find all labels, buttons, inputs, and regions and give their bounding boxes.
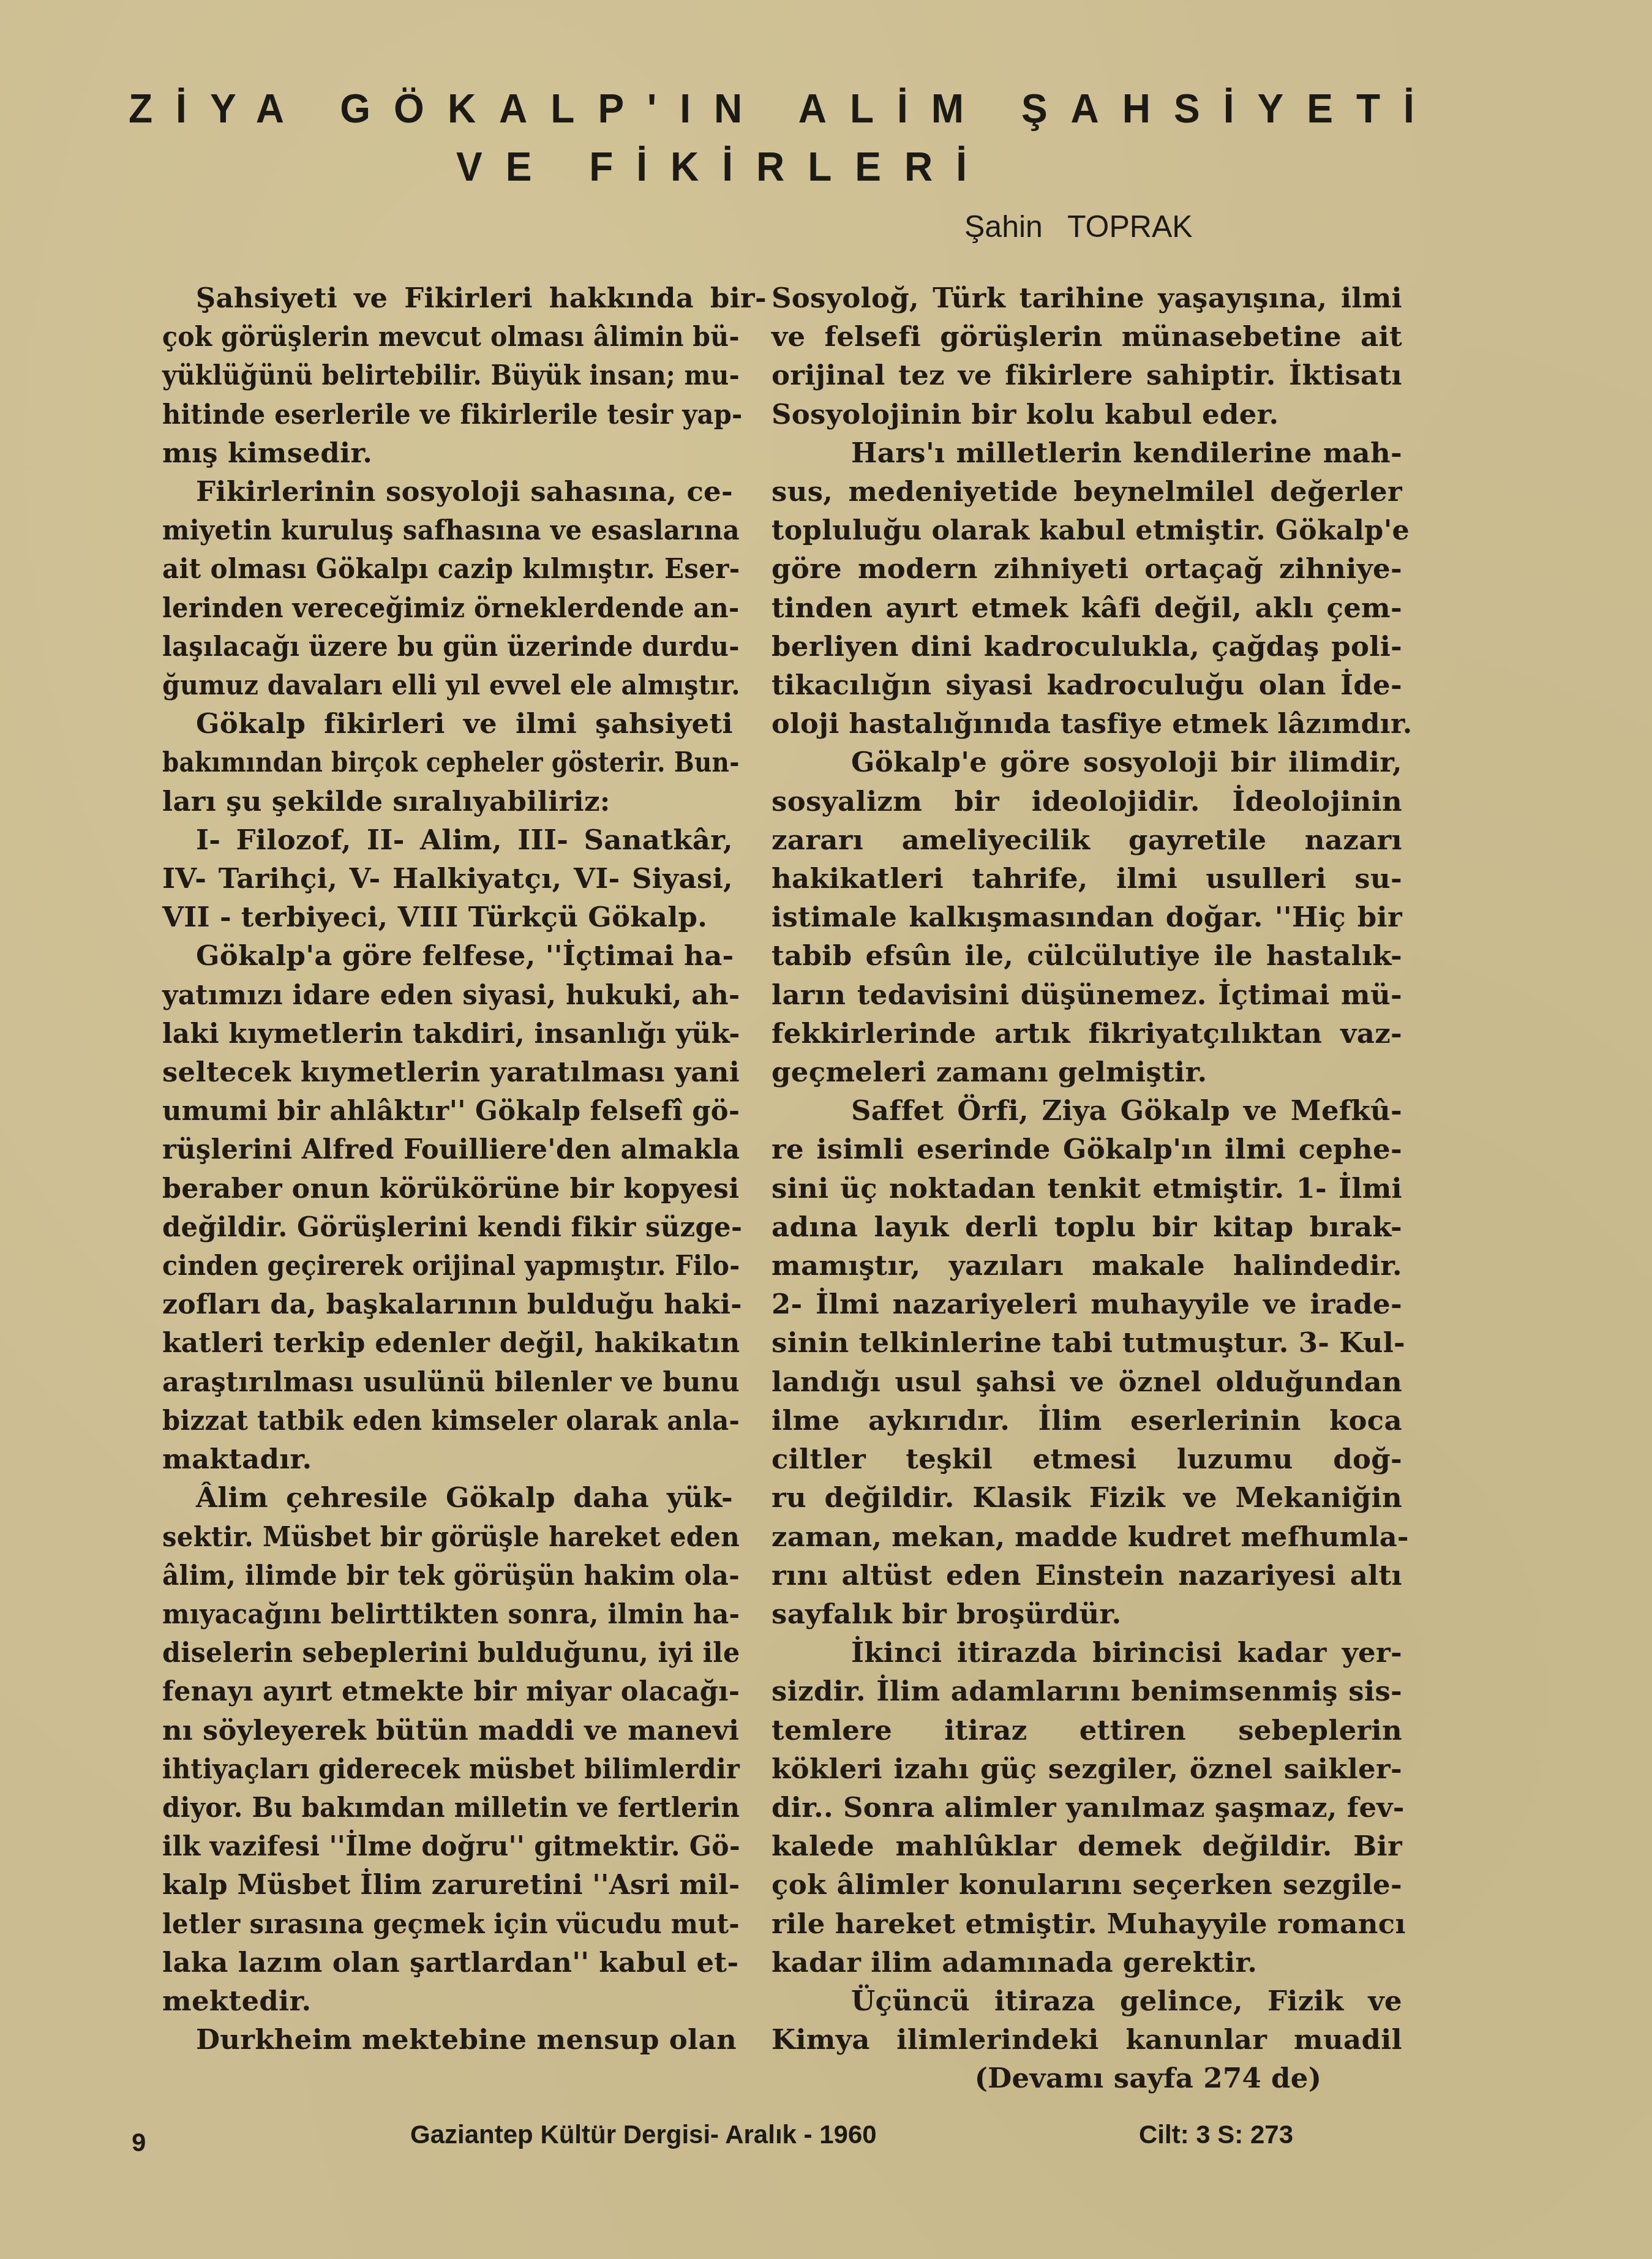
- text-line: araştırılması usulünü bilenler ve bunu: [162, 1363, 733, 1401]
- text-line: tikacılığın siyasi kadroculuğu olan İde-: [772, 666, 1402, 704]
- text-line: adına layık derli toplu bir kitap bırak-: [772, 1208, 1402, 1246]
- right-text-column: Sosyoloğ, Türk tarihine yaşayışına, ilmi…: [772, 279, 1402, 2098]
- text-line: ların tedavisini düşünemez. İçtimai mü-: [772, 975, 1402, 1014]
- text-line: hitinde eserlerile ve fikirlerile tesir …: [162, 395, 733, 434]
- text-line: mamıştır, yazıları makale halindedir.: [772, 1246, 1402, 1285]
- text-line: mıyacağını belirttikten sonra, ilmin ha-: [162, 1595, 733, 1633]
- text-line: fenayı ayırt etmekte bir miyar olacağı-: [162, 1672, 733, 1710]
- magazine-issue: Gaziantep Kültür Dergisi- Aralık - 1960: [410, 2122, 877, 2148]
- left-text-column: Şahsiyeti ve Fikirleri hakkında bir-çok …: [162, 279, 733, 2059]
- text-line: ihtiyaçları giderecek müsbet bilimlerdir: [162, 1750, 733, 1788]
- text-line: mış kimsedir.: [162, 434, 733, 472]
- text-line: re isimli eserinde Gökalp'ın ilmi cephe-: [772, 1130, 1402, 1168]
- text-line: seltecek kıymetlerin yaratılması yani: [162, 1053, 733, 1091]
- text-line: İkinci itirazda birincisi kadar yer-: [772, 1633, 1402, 1672]
- text-line: katleri terkip edenler değil, hakikatın: [162, 1323, 733, 1362]
- text-line: sizdir. İlim adamlarını benimsenmiş sis-: [772, 1672, 1402, 1710]
- text-line: istimale kalkışmasından doğar. ''Hiç bir: [772, 898, 1402, 936]
- text-line: Saffet Örfi, Ziya Gökalp ve Mefkû-: [772, 1091, 1402, 1130]
- text-line: IV- Tarihçi, V- Halkiyatçı, VI- Siyasi,: [162, 859, 733, 898]
- text-line: topluluğu olarak kabul etmiştir. Gökalp'…: [772, 511, 1402, 549]
- text-line: çok görüşlerin mevcut olması âlimin bü-: [162, 317, 733, 356]
- text-line: Gökalp'a göre felfese, ''İçtimai ha-: [162, 936, 733, 975]
- text-line: Fikirlerinin sosyoloji sahasına, ce-: [162, 472, 733, 511]
- text-line: maktadır.: [162, 1440, 733, 1478]
- volume-issue: Cilt: 3 S: 273: [1139, 2122, 1293, 2148]
- text-line: 2- İlmi nazariyeleri muhayyile ve irade-: [772, 1285, 1402, 1323]
- author-first-name: Şahin: [964, 209, 1043, 244]
- text-line: orijinal tez ve fikirlere sahiptir. İkti…: [772, 356, 1402, 394]
- text-line: Hars'ı milletlerin kendilerine mah-: [772, 434, 1402, 472]
- text-line: cinden geçirerek orijinal yapmıştır. Fil…: [162, 1246, 733, 1285]
- page-number: 9: [132, 2130, 146, 2156]
- text-line: hakikatleri tahrife, ilmi usulleri su-: [772, 859, 1402, 898]
- text-line: zararı ameliyecilik gayretile nazarı: [772, 821, 1402, 859]
- text-line: ilk vazifesi ''İlme doğru'' gitmektir. G…: [162, 1827, 733, 1865]
- text-line: sus, medeniyetide beynelmilel değerler: [772, 472, 1402, 511]
- text-line: letler sırasına geçmek için vücudu mut-: [162, 1904, 733, 1943]
- text-line: kalp Müsbet İlim zaruretini ''Asri mil-: [162, 1865, 733, 1904]
- text-line: umumi bir ahlâktır'' Gökalp felsefî gö-: [162, 1091, 733, 1130]
- text-line: rını altüst eden Einstein nazariyesi alt…: [772, 1556, 1402, 1595]
- text-line: Üçüncü itiraza gelince, Fizik ve: [772, 1982, 1402, 2020]
- text-line: nı söyleyerek bütün maddi ve manevi: [162, 1711, 733, 1750]
- text-line: çok âlimler konularını seçerken sezgile-: [772, 1865, 1402, 1904]
- text-line: sosyalizm bir ideolojidir. İdeolojinin: [772, 782, 1402, 821]
- text-line: landığı usul şahsi ve öznel olduğundan: [772, 1363, 1402, 1401]
- text-line: diyor. Bu bakımdan milletin ve fertlerin: [162, 1788, 733, 1827]
- text-line: oloji hastalığınıda tasfiye etmek lâzımd…: [772, 704, 1402, 743]
- text-line: I- Filozof, II- Alim, III- Sanatkâr,: [162, 821, 733, 859]
- text-line: ru değildir. Klasik Fizik ve Mekaniğin: [772, 1478, 1402, 1517]
- text-line: âlim, ilimde bir tek görüşün hakim ola-: [162, 1556, 733, 1595]
- text-line: sini üç noktadan tenkit etmiştir. 1- İlm…: [772, 1169, 1402, 1208]
- text-line: bakımından birçok cepheler gösterir. Bun…: [162, 743, 733, 781]
- article-title-line-2: VE FİKİRLERİ: [456, 146, 1652, 187]
- text-line: Sosyoloğ, Türk tarihine yaşayışına, ilmi: [772, 279, 1402, 317]
- text-line: zofları da, başkalarının bulduğu haki-: [162, 1285, 733, 1323]
- text-line: beraber onun körükörüne bir kopyesi: [162, 1169, 733, 1208]
- magazine-page: ZİYA GÖKALP'IN ALİM ŞAHSİYETİ VE FİKİRLE…: [0, 0, 1652, 2259]
- text-line: sektir. Müsbet bir görüşle hareket eden: [162, 1517, 733, 1556]
- author-last-name: TOPRAK: [1067, 209, 1193, 244]
- text-line: VII - terbiyeci, VIII Türkçü Gökalp.: [162, 898, 733, 936]
- text-line: (Devamı sayfa 274 de): [772, 2059, 1402, 2097]
- text-line: fekkirlerinde artık fikriyatçılıktan vaz…: [772, 1014, 1402, 1053]
- text-line: Gökalp'e göre sosyoloji bir ilimdir,: [772, 743, 1402, 781]
- text-line: sayfalık bir broşürdür.: [772, 1595, 1402, 1633]
- text-line: laşılacağı üzere bu gün üzerinde durdu-: [162, 627, 733, 666]
- text-line: kadar ilim adamınada gerektir.: [772, 1943, 1402, 1982]
- text-line: yüklüğünü belirtebilir. Büyük insan; mu-: [162, 356, 733, 394]
- text-line: rüşlerini Alfred Fouilliere'den almakla: [162, 1130, 733, 1168]
- text-line: laki kıymetlerin takdiri, insanlığı yük-: [162, 1014, 733, 1053]
- text-line: ları şu şekilde sıralıyabiliriz:: [162, 782, 733, 821]
- text-line: kalede mahlûklar demek değildir. Bir: [772, 1827, 1402, 1865]
- text-line: ait olması Gökalpı cazip kılmıştır. Eser…: [162, 549, 733, 588]
- text-line: tinden ayırt etmek kâfi değil, aklı çem-: [772, 588, 1402, 627]
- text-line: zaman, mekan, madde kudret mefhumla-: [772, 1517, 1402, 1556]
- text-line: Âlim çehresile Gökalp daha yük-: [162, 1478, 733, 1517]
- text-line: yatımızı idare eden siyasi, hukuki, ah-: [162, 975, 733, 1014]
- text-line: bizzat tatbik eden kimseler olarak anla-: [162, 1401, 733, 1440]
- text-line: ve felsefi görüşlerin münasebetine ait: [772, 317, 1402, 356]
- text-line: kökleri izahı güç sezgiler, öznel saikle…: [772, 1750, 1402, 1788]
- text-line: ciltler teşkil etmesi luzumu doğ-: [772, 1440, 1402, 1478]
- text-line: temlere itiraz ettiren sebeplerin: [772, 1711, 1402, 1750]
- text-line: mektedir.: [162, 1982, 733, 2020]
- text-line: lerinden vereceğimiz örneklerdende an-: [162, 588, 733, 627]
- text-line: Kimya ilimlerindeki kanunlar muadil: [772, 2020, 1402, 2059]
- text-line: ğumuz davaları elli yıl evvel ele almışt…: [162, 666, 733, 704]
- text-line: Gökalp fikirleri ve ilmi şahsiyeti: [162, 704, 733, 743]
- text-line: diselerin sebeplerini bulduğunu, iyi ile: [162, 1633, 733, 1672]
- text-line: geçmeleri zamanı gelmiştir.: [772, 1053, 1402, 1091]
- text-line: berliyen dini kadroculukla, çağdaş poli-: [772, 627, 1402, 666]
- author-byline: ŞahinTOPRAK: [964, 211, 1193, 242]
- text-line: Durkheim mektebine mensup olan: [162, 2020, 733, 2059]
- text-line: Sosyolojinin bir kolu kabul eder.: [772, 395, 1402, 434]
- text-line: rile hareket etmiştir. Muhayyile romancı: [772, 1904, 1402, 1943]
- article-title-line-1: ZİYA GÖKALP'IN ALİM ŞAHSİYETİ: [129, 88, 1652, 129]
- text-line: dir.. Sonra alimler yanılmaz şaşmaz, fev…: [772, 1788, 1402, 1827]
- text-line: laka lazım olan şartlardan'' kabul et-: [162, 1943, 733, 1982]
- text-line: sinin telkinlerine tabi tutmuştur. 3- Ku…: [772, 1323, 1402, 1362]
- text-line: değildir. Görüşlerini kendi fikir süzge-: [162, 1208, 733, 1246]
- text-line: göre modern zihniyeti ortaçağ zihniye-: [772, 549, 1402, 588]
- text-line: miyetin kuruluş safhasına ve esaslarına: [162, 511, 733, 549]
- text-line: ilme aykırıdır. İlim eserlerinin koca: [772, 1401, 1402, 1440]
- text-line: tabib efsûn ile, cülcülutiye ile hastalı…: [772, 936, 1402, 975]
- text-line: Şahsiyeti ve Fikirleri hakkında bir-: [162, 279, 767, 317]
